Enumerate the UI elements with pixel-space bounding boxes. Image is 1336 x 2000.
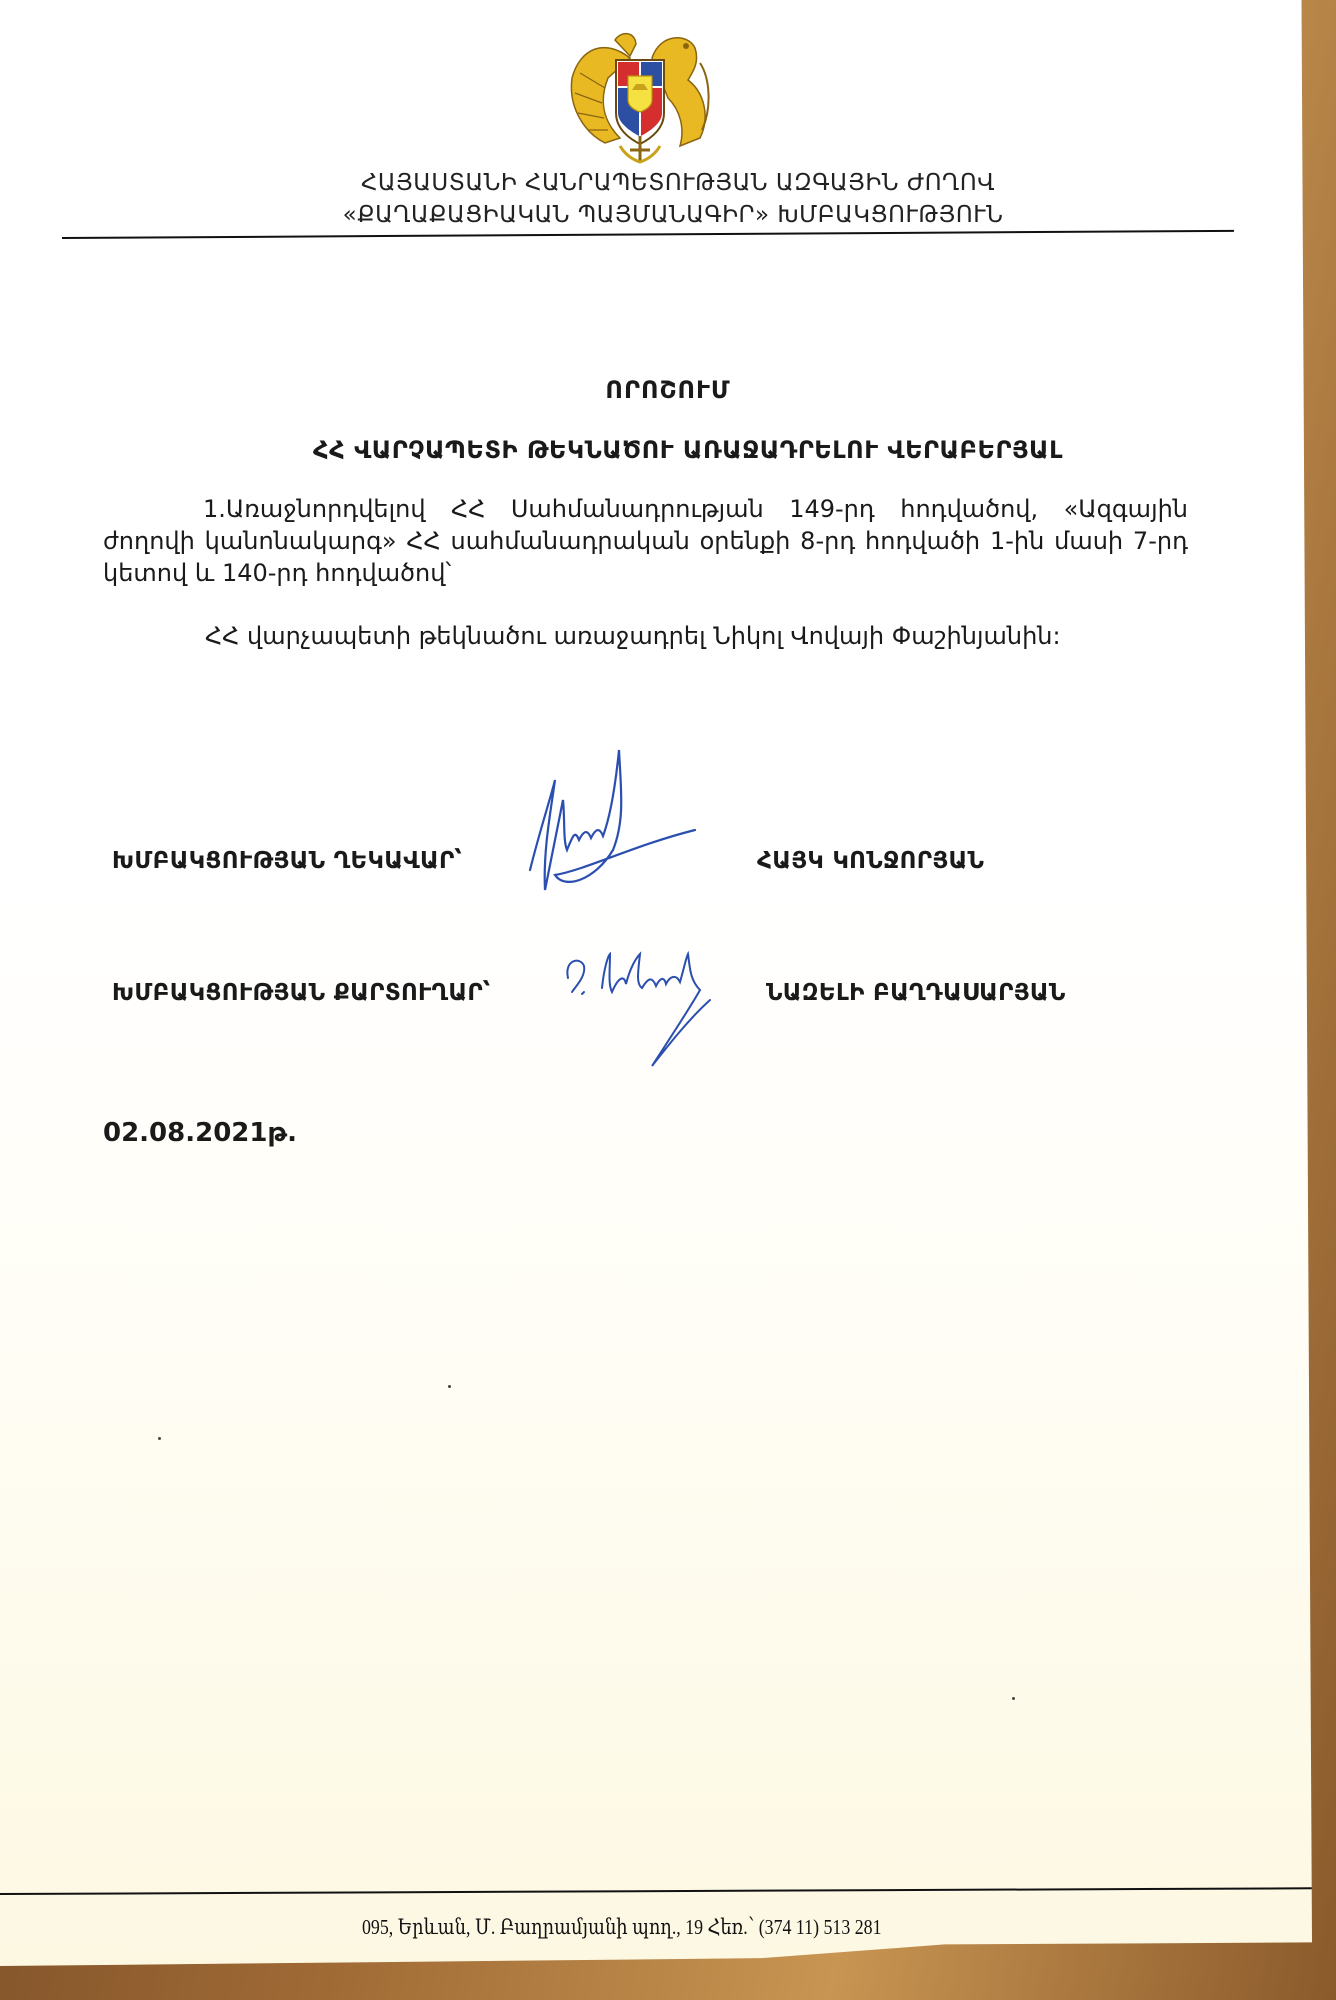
paper-speck (448, 1385, 451, 1388)
signatory-name: ՆԱԶԵԼԻ ԲԱՂԴԱՍԱՐՅԱՆ (766, 980, 1066, 1006)
document-date: 02.08.2021թ. (103, 1118, 297, 1148)
paper-speck (1012, 1697, 1015, 1700)
handwritten-signature-icon (525, 740, 705, 905)
document-subtitle: ՀՀ ՎԱՐՉԱՊԵՏԻ ԹԵԿՆԱԾՈՒ ԱՌԱՋԱԴՐԵԼՈՒ ՎԵՐԱԲԵ… (20, 436, 1336, 464)
paper-speck (158, 1437, 161, 1440)
handwritten-signature-icon (560, 948, 760, 1073)
header-divider (62, 230, 1234, 239)
document-page: ՀԱՅԱՍՏԱՆԻ ՀԱՆՐԱՊԵՏՈՒԹՅԱՆ ԱԶԳԱՅԻՆ ԺՈՂՈՎ «… (0, 0, 1312, 1970)
armenia-coat-of-arms-icon (560, 18, 720, 168)
body-paragraph-text: 1.Առաջնորդվելով ՀՀ Սահմանադրության 149-ր… (103, 495, 1188, 587)
document-title: ՈՐՈՇՈՒՄ (0, 376, 1336, 404)
resolution-text: ՀՀ վարչապետի թեկնածու առաջադրել Նիկոլ Վո… (205, 622, 1061, 650)
signatory-role: ԽՄԲԱԿՑՈՒԹՅԱՆ ՂԵԿԱՎԱՐ՝ (112, 848, 462, 874)
body-paragraph: 1.Առաջնորդվելով ՀՀ Սահմանադրության 149-ր… (103, 493, 1188, 589)
footer-divider (0, 1887, 1336, 1895)
faction-name: «ՔԱՂԱՔԱՑԻԱԿԱՆ ՊԱՅՄԱՆԱԳԻՐ» ԽՄԲԱԿՑՈՒԹՅՈՒՆ (5, 202, 1336, 228)
parliament-name: ՀԱՅԱՍՏԱՆԻ ՀԱՆՐԱՊԵՏՈՒԹՅԱՆ ԱԶԳԱՅԻՆ ԺՈՂՈՎ (10, 170, 1336, 196)
footer-address: 095, Երևան, Մ. Բաղրամյանի պող., 19 Հեռ.՝… (362, 1915, 882, 1940)
signatory-name: ՀԱՅԿ ԿՈՆՋՈՐՅԱՆ (757, 848, 984, 874)
signatory-role: ԽՄԲԱԿՑՈՒԹՅԱՆ ՔԱՐՏՈՒՂԱՐ՝ (112, 980, 490, 1006)
